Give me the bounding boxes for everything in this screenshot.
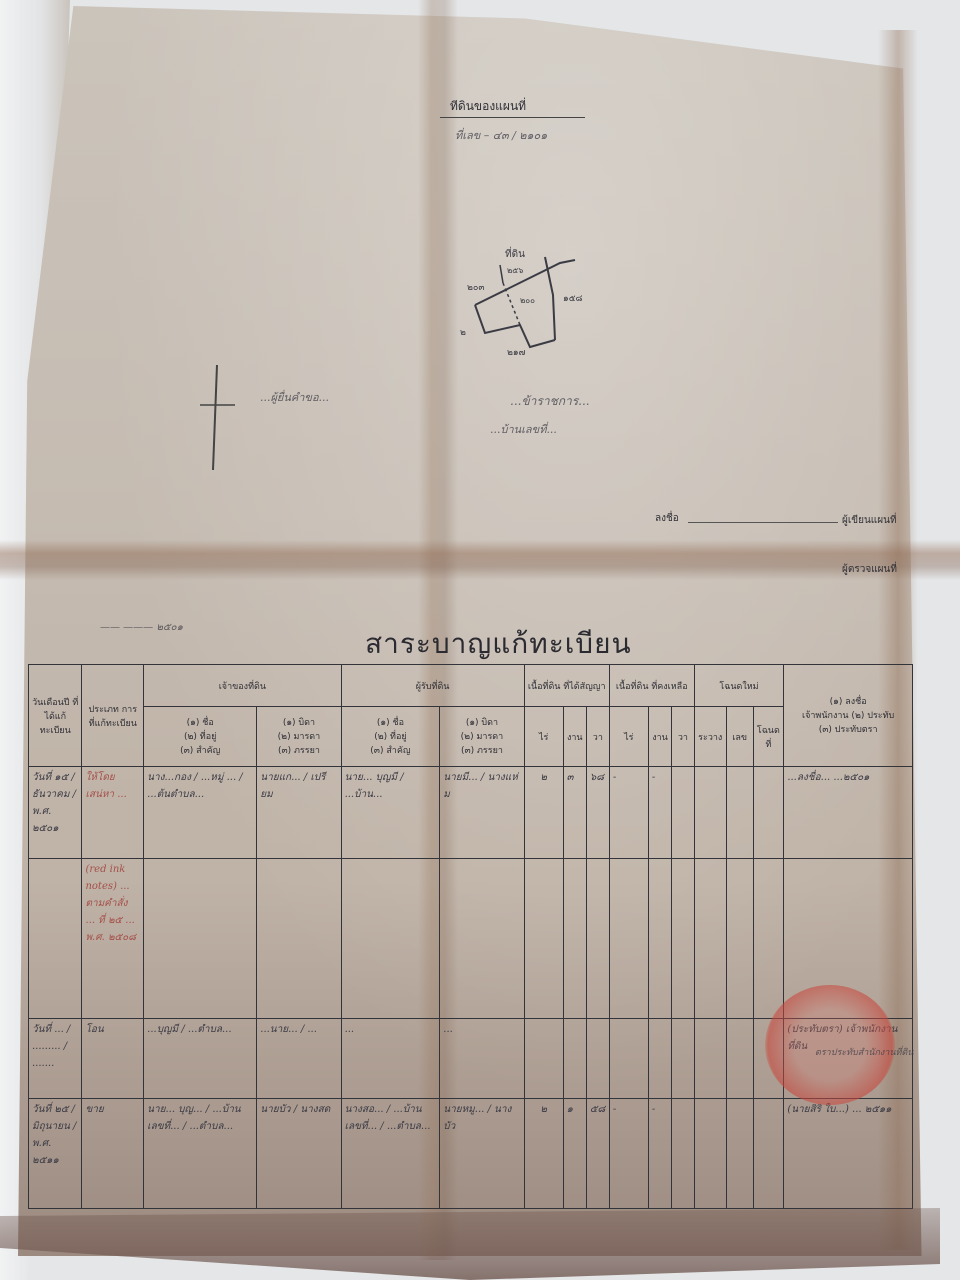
header-owner-sub-b: (๑) บิดา(๒) มารดา(๓) ภรรยา: [257, 707, 341, 767]
row1-remain-rai: -: [609, 767, 648, 859]
svg-text:๒๐๓: ๒๐๓: [467, 283, 485, 293]
row4-remain-ngan: -: [648, 1099, 671, 1209]
svg-text:๒๐๐: ๒๐๐: [520, 296, 535, 305]
amendment-register-table: วันเดือนปี ที่ได้แก้ ทะเบียน ประเภท การ …: [28, 664, 913, 1209]
row4-contract-wa: ๕๘: [586, 1099, 609, 1209]
row1-recipient-a: นาย... บุญมี / ...บ้าน...: [341, 767, 440, 859]
table-row: (red ink notes) ... ตามคำสั่ง ... ที่ ๒๕…: [29, 859, 913, 1019]
row2-recipient-b: [440, 859, 524, 1019]
row4-official: (นายสิริ ใบ...) ... ๒๕๑๑: [784, 1099, 913, 1209]
svg-text:๒: ๒: [460, 328, 466, 338]
svg-text:ที่ดิน: ที่ดิน: [505, 246, 525, 260]
row1-contract-wa: ๖๘: [586, 767, 609, 859]
header-remain-wa: วา: [672, 707, 695, 767]
faint-note-2: ...ข้าราชการ...: [510, 392, 590, 411]
row3-recipient-b: ...: [440, 1019, 524, 1099]
header-deed-no: โฉนดที่: [753, 707, 784, 767]
row2-type: (red ink notes) ... ตามคำสั่ง ... ที่ ๒๕…: [82, 859, 144, 1019]
faint-note-1: ...ผู้ยื่นคำขอ...: [260, 388, 329, 406]
plot-sketch-map: ที่ดิน ๒๕๖ ๒๐๓ ๒๐๐ ๑๕๘ ๒ ๒๑๗: [445, 235, 595, 365]
row3-owner-b: ...นาย... / ...: [257, 1019, 341, 1099]
row4-deed-sheet: [694, 1099, 726, 1209]
reference-underline: [440, 117, 585, 118]
row1-deed-number: [726, 767, 753, 859]
row1-date: วันที่ ๑๕ / ธันวาคม / พ.ศ. ๒๕๐๑: [29, 767, 82, 859]
signature-line-1: [688, 522, 838, 523]
header-owner: เจ้าของที่ดิน: [144, 665, 341, 707]
row4-remain-wa: [672, 1099, 695, 1209]
header-official: (๑) ลงชื่อ เจ้าพนักงาน (๒) ประทับ (๓) ปร…: [784, 665, 913, 767]
row4-date: วันที่ ๒๕ / มิถุนายน / พ.ศ. ๒๕๑๑: [29, 1099, 82, 1209]
header-area-remaining: เนื้อที่ดิน ที่คงเหลือ: [609, 665, 694, 707]
faint-dash-note: —— ——— ๒๕๐๑: [100, 620, 183, 635]
table-row: วันที่ ๒๕ / มิถุนายน / พ.ศ. ๒๕๑๑ ขาย นาย…: [29, 1099, 913, 1209]
row1-deed-sheet: [694, 767, 726, 859]
row1-deed-no: [753, 767, 784, 859]
mapper-role: ผู้เขียนแผนที่: [842, 513, 897, 528]
svg-text:๑๕๘: ๑๕๘: [563, 294, 583, 304]
row1-owner-b: นายแก... / เปรียม: [257, 767, 341, 859]
row3-type: โอน: [82, 1019, 144, 1099]
header-new-deed: โฉนดใหม่: [694, 665, 784, 707]
inspector-role: ผู้ตรวจแผนที่: [842, 562, 897, 577]
header-recipient-sub-b: (๑) บิดา(๒) มารดา(๓) ภรรยา: [440, 707, 524, 767]
row1-official: ...ลงชื่อ... ...๒๕๐๑: [784, 767, 913, 859]
row2-owner-b: [257, 859, 341, 1019]
map-reference-label: ทีดินของแผนที่: [450, 97, 526, 116]
header-recipient-sub-a: (๑) ชื่อ(๒) ที่อยู่(๓) สำคัญ: [341, 707, 440, 767]
map-reference-number: ที่เลข – ๔๓ / ๒๑๐๑: [455, 126, 547, 144]
row1-contract-rai: ๒: [524, 767, 563, 859]
header-type: ประเภท การ ที่แก้ทะเบียน: [82, 665, 144, 767]
row3-date: วันที่ ... / ......... / .......: [29, 1019, 82, 1099]
row4-owner-b: นายบัว / นางสด: [257, 1099, 341, 1209]
row2-owner-a: [144, 859, 257, 1019]
row1-owner-a: นาง...กอง / ...หมู่ ... / ...ต้นตำบล...: [144, 767, 257, 859]
row4-recipient-b: นายหมู... / นางบัว: [440, 1099, 524, 1209]
faint-note-3: ...บ้านเลขที่...: [490, 420, 557, 438]
row1-contract-ngan: ๓: [563, 767, 586, 859]
signature-label: ลงชื่อ: [655, 511, 679, 526]
row2-date: [29, 859, 82, 1019]
fold-crease-horizontal: [0, 540, 960, 580]
row4-contract-rai: ๒: [524, 1099, 563, 1209]
row3-owner-a: ...บุญมี / ...ตำบล...: [144, 1019, 257, 1099]
header-contract-rai: ไร่: [524, 707, 563, 767]
row4-deed-no: [753, 1099, 784, 1209]
row2-recipient-a: [341, 859, 440, 1019]
north-arrow-icon: [195, 360, 240, 475]
header-date: วันเดือนปี ที่ได้แก้ ทะเบียน: [29, 665, 82, 767]
row1-remain-wa: [672, 767, 695, 859]
header-remain-rai: ไร่: [609, 707, 648, 767]
header-area-contract: เนื้อที่ดิน ที่ได้สัญญา: [524, 665, 609, 707]
header-recipient: ผู้รับที่ดิน: [341, 665, 524, 707]
row4-recipient-a: นางสอ... / ...บ้านเลขที่... / ...ตำบล...: [341, 1099, 440, 1209]
table-row: วันที่ ๑๕ / ธันวาคม / พ.ศ. ๒๕๐๑ ให้โดยเส…: [29, 767, 913, 859]
register-title: สาระบาญแก้ทะเบียน: [365, 622, 632, 666]
row1-recipient-b: นายมี... / นางแห่ม: [440, 767, 524, 859]
svg-text:๒๑๗: ๒๑๗: [507, 348, 526, 358]
header-contract-ngan: งาน: [563, 707, 586, 767]
header-owner-sub-a: (๑) ชื่อ(๒) ที่อยู่(๓) สำคัญ: [144, 707, 257, 767]
row4-contract-ngan: ๑: [563, 1099, 586, 1209]
row4-type: ขาย: [82, 1099, 144, 1209]
row4-owner-a: นาย... บุญ... / ...บ้านเลขที่... / ...ตำ…: [144, 1099, 257, 1209]
row3-recipient-a: ...: [341, 1019, 440, 1099]
stamp-text: ตราประทับสำนักงานที่ดิน: [815, 1045, 913, 1059]
header-contract-wa: วา: [586, 707, 609, 767]
svg-text:๒๕๖: ๒๕๖: [507, 266, 523, 275]
row4-remain-rai: -: [609, 1099, 648, 1209]
row1-type: ให้โดยเสน่หา ...: [82, 767, 144, 859]
header-deed-number: เลข: [726, 707, 753, 767]
header-deed-sheet: ระวาง: [694, 707, 726, 767]
header-remain-ngan: งาน: [648, 707, 671, 767]
row4-deed-number: [726, 1099, 753, 1209]
row1-remain-ngan: -: [648, 767, 671, 859]
